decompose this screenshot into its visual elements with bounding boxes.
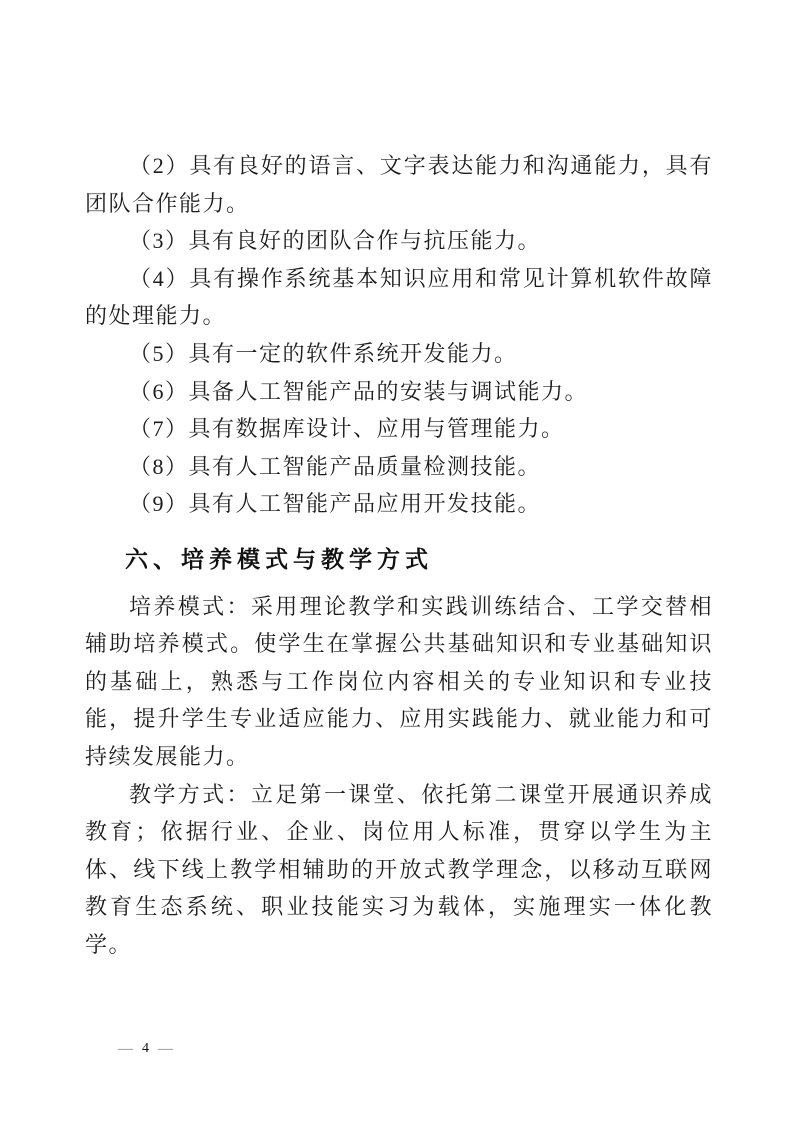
page-number: 4 xyxy=(142,1040,149,1058)
paragraph-teaching-method: 教学方式：立足第一课堂、依托第二课堂开展通识养成教育；依据行业、企业、岗位用人标… xyxy=(85,776,713,964)
page-number-footer: — 4 — xyxy=(118,1040,173,1058)
document-page: （2）具有良好的语言、文字表达能力和沟通能力，具有团队合作能力。 （3）具有良好… xyxy=(0,0,793,1122)
list-item: （4）具有操作系统基本知识应用和常见计算机软件故障的处理能力。 xyxy=(85,260,713,335)
list-item: （6）具备人工智能产品的安装与调试能力。 xyxy=(85,373,713,411)
list-item: （9）具有人工智能产品应用开发技能。 xyxy=(85,485,713,523)
list-item: （2）具有良好的语言、文字表达能力和沟通能力，具有团队合作能力。 xyxy=(85,147,713,222)
document-body: （2）具有良好的语言、文字表达能力和沟通能力，具有团队合作能力。 （3）具有良好… xyxy=(85,147,713,963)
list-item: （3）具有良好的团队合作与抗压能力。 xyxy=(85,222,713,260)
list-item: （7）具有数据库设计、应用与管理能力。 xyxy=(85,410,713,448)
footer-right-dash: — xyxy=(158,1040,173,1058)
footer-left-dash: — xyxy=(118,1040,133,1058)
list-item: （5）具有一定的软件系统开发能力。 xyxy=(85,335,713,373)
list-item: （8）具有人工智能产品质量检测技能。 xyxy=(85,448,713,486)
section-heading: 六、培养模式与教学方式 xyxy=(85,541,713,579)
paragraph-training-mode: 培养模式：采用理论教学和实践训练结合、工学交替相辅助培养模式。使学生在掌握公共基… xyxy=(85,588,713,776)
